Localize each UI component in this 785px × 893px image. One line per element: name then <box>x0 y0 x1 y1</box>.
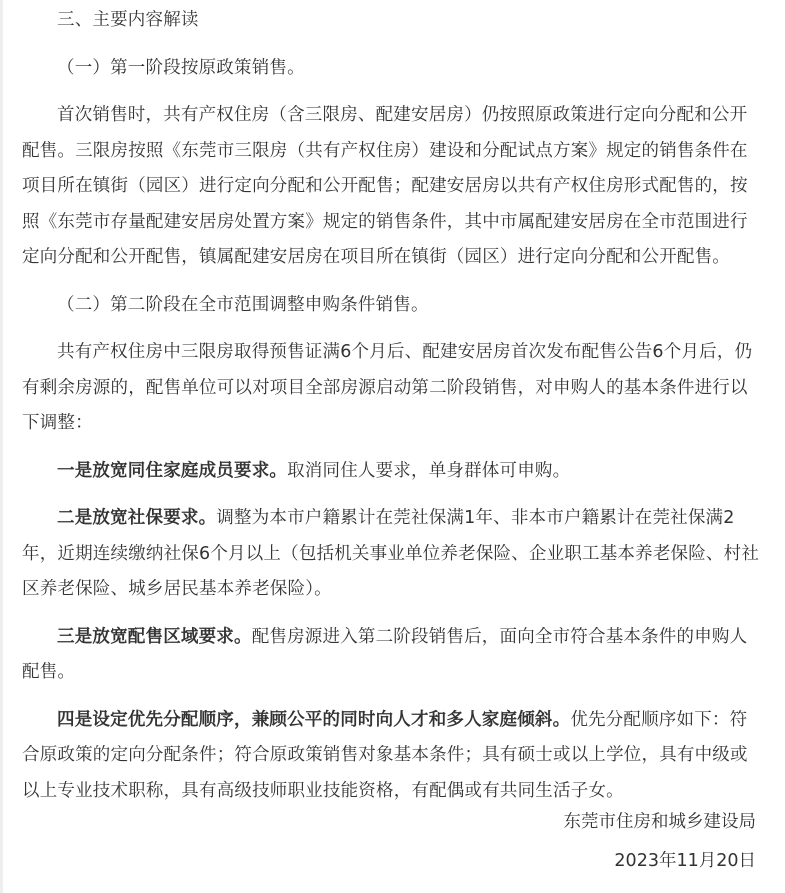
adjustment-item-2: 二是放宽社保要求。调整为本市户籍累计在莞社保满1年、非本市户籍累计在莞社保满2年… <box>22 489 762 608</box>
part2-intro: 共有产权住房中三限房取得预售证满6个月后、配建安居房首次发布配售公告6个月后，仍… <box>22 323 762 442</box>
part1-paragraph: 首次销售时，共有产权住房（含三限房、配建安居房）仍按照原政策进行定向分配和公开配… <box>22 86 762 276</box>
signature-organization: 东莞市住房和城乡建设局 <box>564 810 757 834</box>
adjustment-item-2-title: 二是放宽社保要求。 <box>57 508 216 528</box>
adjustment-item-3-title: 三是放宽配售区域要求。 <box>57 627 252 647</box>
section-heading: 三、主要内容解读 <box>22 0 762 39</box>
adjustment-item-1-text: 取消同住人要求，单身群体可申购。 <box>287 461 570 481</box>
adjustment-item-4-title: 四是设定优先分配顺序，兼顾公平的同时向人才和多人家庭倾斜。 <box>57 710 570 730</box>
article-body: 三、主要内容解读 （一）第一阶段按原政策销售。 首次销售时，共有产权住房（含三限… <box>22 0 762 809</box>
part1-heading: （一）第一阶段按原政策销售。 <box>22 39 762 87</box>
adjustment-item-4: 四是设定优先分配顺序，兼顾公平的同时向人才和多人家庭倾斜。优先分配顺序如下：符合… <box>22 691 762 810</box>
adjustment-item-1-title: 一是放宽同住家庭成员要求。 <box>57 461 287 481</box>
adjustment-item-3: 三是放宽配售区域要求。配售房源进入第二阶段销售后，面向全市符合基本条件的申购人配… <box>22 608 762 691</box>
part2-heading: （二）第二阶段在全市范围调整申购条件销售。 <box>22 276 762 324</box>
page-left-border <box>0 0 3 893</box>
adjustment-item-1: 一是放宽同住家庭成员要求。取消同住人要求，单身群体可申购。 <box>22 442 762 490</box>
signature-date: 2023年11月20日 <box>614 849 756 873</box>
